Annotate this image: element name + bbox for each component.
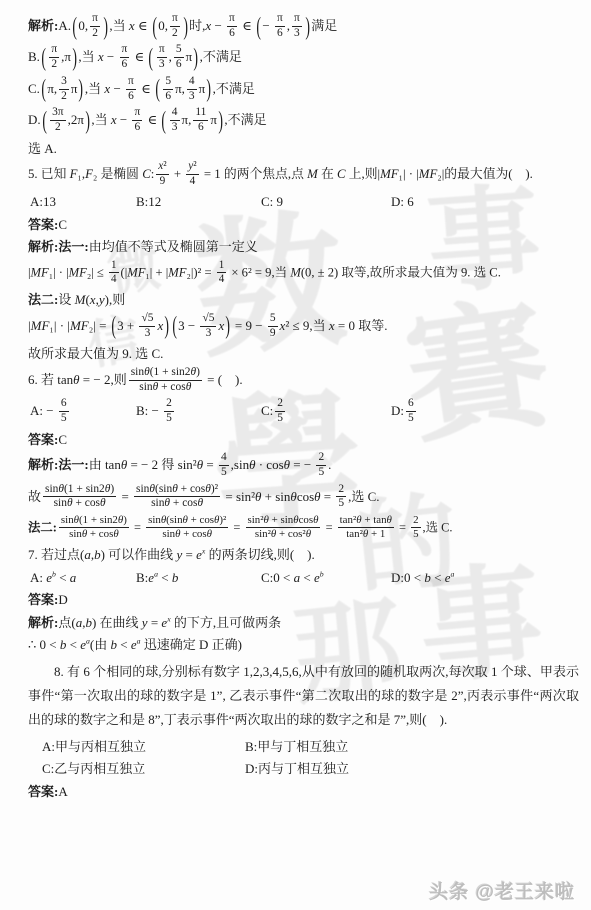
fraction: 65 [406, 397, 416, 425]
text-run: C [58, 432, 67, 447]
fraction-denominator: 6 [227, 27, 237, 41]
bold-label: 法一: [58, 239, 88, 254]
right-parenthesis: ) [102, 8, 108, 46]
right-parenthesis: ) [182, 8, 188, 46]
left-parenthesis: ( [41, 102, 47, 140]
text-run: = [118, 489, 132, 504]
fraction-numerator: 6 [59, 397, 69, 412]
text-run: |MF₁| · |MF₂| = [28, 318, 110, 333]
text-run: B. [28, 50, 40, 65]
analysis-q4-option-c: C.(π,32π),当 x − π6 ∈ (56π,43π),不满足 [28, 76, 579, 104]
bold-label: 解析: [28, 457, 58, 472]
options-q7-item-0: A: eb < a [30, 568, 136, 588]
fraction: π6 [132, 106, 142, 134]
document-page: 微信数學事賽的那事 解析:A.(0,π2),当 x ∈ (0,π2)时,x − … [0, 0, 591, 910]
fraction-numerator: π [157, 43, 167, 58]
bold-label: 法二: [28, 292, 58, 307]
question-5: 5. 已知 F₁,F₂ 是椭圆 C:x²9 + y²4 = 1 的两个焦点,点 … [28, 161, 579, 189]
options-q7-item-3: D:0 < b < ea [391, 568, 579, 588]
text-run: 6. 若 tanθ = − 2,则 [28, 372, 127, 387]
text-run: C: 9 [261, 194, 283, 209]
fraction-denominator: 6 [132, 121, 142, 135]
fraction: 25 [336, 483, 346, 511]
fraction: 25 [275, 397, 285, 425]
fraction-denominator: 5 [219, 466, 229, 480]
fraction: sinθ(1 + sin2θ)sinθ + cosθ [129, 366, 202, 394]
text-run: 满足 [311, 18, 337, 33]
question-6: 6. 若 tanθ = − 2,则sinθ(1 + sin2θ)sinθ + c… [28, 367, 579, 395]
text-run: , [287, 18, 290, 33]
analysis-q7-line1: 解析:点(a,b) 在曲线 y = ex 的下方,且可做两条 [28, 613, 579, 633]
power-expression: ex [161, 615, 170, 630]
fraction-numerator: y² [186, 160, 198, 175]
fraction-numerator: π [275, 12, 285, 27]
fraction-numerator: π [126, 75, 136, 90]
options-q7-item-2: C:0 < a < eb [261, 568, 391, 588]
fraction-denominator: 5 [406, 412, 416, 426]
text-run: |MF₁| · |MF₂| ≤ [28, 265, 107, 279]
text-run: A: [30, 570, 46, 585]
fraction: π2 [49, 43, 59, 71]
fraction-numerator: x² [156, 160, 168, 175]
options-q5-item-1: B:12 [136, 192, 261, 212]
fraction-numerator: 2 [336, 483, 346, 498]
answer-q4: 选 A. [28, 139, 579, 159]
fraction-denominator: 3 [187, 90, 197, 104]
fraction-numerator: π [227, 12, 237, 27]
options-q8-row1-item-0: A:甲与丙相互独立 [42, 737, 245, 757]
fraction-denominator: 6 [163, 90, 173, 104]
fraction-denominator: 2 [53, 121, 63, 135]
text-run: . [328, 457, 331, 472]
fraction: π6 [126, 75, 136, 103]
fraction-numerator: π [132, 106, 142, 121]
text-run: 点(a,b) 在曲线 y = [58, 615, 161, 630]
text-run: + [171, 167, 185, 181]
power-expression: eb [46, 570, 56, 585]
fraction-numerator: 4 [219, 451, 229, 466]
text-run: π, [175, 81, 185, 96]
right-parenthesis: ) [304, 8, 310, 46]
power-expression: ea [80, 637, 90, 652]
text-run: 的两条切线,则( ). [205, 547, 314, 562]
fraction-denominator: sinθ + cosθ [149, 497, 205, 511]
analysis-q6-method1: 故sinθ(1 + sin2θ)sinθ + cosθ = sinθ(sinθ … [28, 484, 579, 512]
left-parenthesis: ( [256, 8, 262, 46]
text-run: ,不满足 [224, 113, 266, 128]
fraction: 14 [217, 259, 227, 287]
fraction-numerator: sinθ(sinθ + cosθ)² [146, 514, 228, 528]
fraction-numerator: 4 [187, 75, 197, 90]
text-run: C. [28, 81, 40, 96]
text-run: × 6² = 9,当 M(0, ± 2) 取等,故所求最大值为 9. 选 C. [228, 265, 501, 279]
options-q6-item-0: A: − 65 [30, 398, 136, 426]
fraction: π3 [157, 43, 167, 71]
fraction-numerator: π [120, 43, 130, 58]
right-parenthesis: ) [217, 102, 223, 140]
fraction-denominator: 9 [268, 327, 278, 341]
text-run: 由 tanθ = − 2 得 sin²θ = [89, 457, 217, 472]
fraction-denominator: 5 [316, 466, 326, 480]
text-run: A. [58, 18, 71, 33]
text-run: A [58, 784, 67, 799]
fraction-denominator: sinθ + cosθ [160, 528, 214, 541]
exponent: a [450, 569, 454, 578]
analysis-q5-conclusion: 故所求最大值为 9. 选 C. [28, 344, 579, 364]
bold-label: 答案: [28, 592, 58, 607]
fraction: 45 [219, 451, 229, 479]
fraction: 56 [163, 75, 173, 103]
text-run: B: − [136, 403, 162, 418]
text-run: 0, [78, 18, 88, 33]
analysis-q4-option-d: D.(3π2,2π),当 x − π6 ∈ (43π,116π),不满足 [28, 107, 579, 135]
fraction-numerator: 5 [174, 43, 184, 58]
fraction-denominator: 9 [158, 175, 168, 189]
analysis-q4-option-a: 解析:A.(0,π2),当 x ∈ (0,π2)时,x − π6 ∈ (− π6… [28, 13, 579, 41]
text-run: x [157, 318, 163, 333]
left-parenthesis: ( [110, 308, 116, 346]
options-q5-item-0: A:13 [30, 192, 136, 212]
fraction-numerator: π [90, 12, 100, 27]
power-expression: ea [445, 570, 455, 585]
fraction-denominator: 4 [109, 273, 119, 286]
fraction-denominator: sinθ + cosθ [67, 528, 121, 541]
text-run: ∈ [138, 81, 154, 96]
text-run: π [210, 113, 217, 128]
fraction-denominator: tan²θ + 1 [344, 528, 387, 541]
text-run: 故 [28, 489, 41, 504]
fraction: π6 [275, 12, 285, 40]
fraction-denominator: sin²θ + cos²θ [253, 528, 313, 541]
text-run: , [169, 50, 172, 65]
fraction-denominator: 6 [126, 90, 136, 104]
text-run: ,选 C. [348, 489, 379, 504]
text-run: 迅速确定 D 正确) [141, 637, 242, 652]
text-run: ,不满足 [213, 81, 255, 96]
fraction-numerator: sinθ(1 + sin2θ) [129, 366, 202, 381]
fraction-numerator: 1 [109, 259, 119, 273]
fraction-numerator: √5 [200, 312, 216, 327]
text-run: B: [136, 570, 148, 585]
bold-label: 解析: [28, 18, 58, 33]
answer-q5: 答案:C [28, 215, 579, 235]
fraction-numerator: 3 [59, 75, 69, 90]
analysis-q7-line2: ∴ 0 < b < ea(由 b < ea 迅速确定 D 正确) [28, 635, 579, 655]
text-run: B:12 [136, 194, 161, 209]
text-run: 选 A. [28, 141, 57, 156]
fraction: π2 [90, 12, 100, 40]
text-run: π, [182, 113, 192, 128]
text-run: C:0 < a < [261, 570, 314, 585]
fraction: sinθ(sinθ + cosθ)²sinθ + cosθ [134, 483, 220, 511]
text-run: 设 M(x,y),则 [58, 292, 125, 307]
text-run: (由 b < [90, 637, 131, 652]
fraction-numerator: 3π [50, 106, 66, 121]
fraction-numerator: √5 [139, 312, 155, 327]
options-q6-item-2: C:25 [261, 398, 391, 426]
text-run: A:甲与丙相互独立 [42, 739, 146, 754]
fraction: 43 [170, 106, 180, 134]
fraction-numerator: 11 [193, 106, 208, 121]
analysis-q6-method1-intro: 解析:法一:由 tanθ = − 2 得 sin²θ = 45,sinθ · c… [28, 452, 579, 480]
fraction-denominator: sinθ + cosθ [52, 497, 108, 511]
text-run: ,当 x − [78, 50, 117, 65]
text-run: ,π [61, 50, 71, 65]
text-run: π [199, 81, 206, 96]
right-parenthesis: ) [84, 102, 90, 140]
bold-label: 解析: [28, 239, 58, 254]
fraction: 65 [59, 397, 69, 425]
fraction: 59 [268, 312, 278, 340]
fraction-denominator: 3 [170, 121, 180, 135]
question-8: 8. 有 6 个相同的球,分别标有数字 1,2,3,4,5,6,从中有放回的随机… [28, 660, 579, 732]
footer-credit: 头条 @老王来啦 [429, 877, 575, 904]
analysis-q4-option-b: B.(π2,π),当 x − π6 ∈ (π3,56π),不满足 [28, 44, 579, 72]
fraction-denominator: 6 [196, 121, 206, 135]
fraction: π2 [170, 12, 180, 40]
fraction: sinθ(1 + sin2θ)sinθ + cosθ [59, 514, 129, 541]
fraction-numerator: 5 [268, 312, 278, 327]
right-parenthesis: ) [225, 308, 231, 346]
fraction-denominator: 5 [59, 412, 69, 426]
fraction: π3 [292, 12, 302, 40]
fraction: √53 [200, 312, 216, 340]
text-run: D:0 < b < [391, 570, 445, 585]
analysis-q5-method1: |MF₁| · |MF₂| ≤ 14(|MF₁| + |MF₂|)² = 14 … [28, 260, 579, 288]
fraction: 43 [187, 75, 197, 103]
text-run: = 9 − [232, 318, 266, 333]
bold-label: 答案: [28, 784, 58, 799]
text-run: − [262, 18, 273, 33]
text-run: 3 + [117, 318, 137, 333]
right-parenthesis: ) [164, 308, 170, 346]
fraction-numerator: tan²θ + tanθ [338, 514, 394, 528]
fraction-numerator: sinθ(sinθ + cosθ)² [134, 483, 220, 498]
fraction-denominator: 3 [143, 327, 153, 341]
text-run: B:甲与丁相互独立 [245, 739, 348, 754]
text-run: ,不满足 [200, 50, 242, 65]
text-run: C [58, 217, 67, 232]
text-run: 由均值不等式及椭圆第一定义 [89, 239, 258, 254]
text-run: x² ≤ 9,当 x = 0 取等. [280, 318, 388, 333]
text-run: ,sinθ · cosθ = − [231, 457, 315, 472]
text-run: = [396, 521, 409, 535]
text-run: x [218, 318, 224, 333]
fraction-numerator: sinθ(1 + sin2θ) [43, 483, 116, 498]
fraction-denominator: 5 [336, 497, 346, 511]
options-q7: A: eb < aB:ea < bC:0 < a < ebD:0 < b < e… [28, 568, 579, 588]
options-q8-row2-item-1: D:丙与丁相互独立 [245, 759, 579, 779]
fraction-denominator: 5 [164, 412, 174, 426]
text-run: = ( ). [204, 372, 243, 387]
left-parenthesis: ( [148, 39, 154, 77]
options-q8-row2: C:乙与丙相互独立D:丙与丁相互独立 [28, 759, 579, 779]
left-parenthesis: ( [161, 102, 167, 140]
fraction: 3π2 [50, 106, 66, 134]
question-7: 7. 若过点(a,b) 可以作曲线 y = ex 的两条切线,则( ). [28, 545, 579, 565]
text-run: ∈ [239, 18, 255, 33]
text-run: < a [56, 570, 76, 585]
options-q5-item-3: D: 6 [391, 192, 579, 212]
fraction-numerator: 2 [164, 397, 174, 412]
text-run: C:乙与丙相互独立 [42, 761, 145, 776]
fraction: tan²θ + tanθtan²θ + 1 [338, 514, 394, 541]
right-parenthesis: ) [206, 71, 212, 109]
analysis-q5-method1-intro: 解析:法一:由均值不等式及椭圆第一定义 [28, 237, 579, 257]
fraction: sin²θ + sinθcosθsin²θ + cos²θ [246, 514, 321, 541]
fraction-denominator: 5 [411, 528, 420, 541]
fraction-denominator: 2 [59, 90, 69, 104]
text-run: A:13 [30, 194, 56, 209]
text-run: ∈ [144, 113, 160, 128]
fraction-denominator: 4 [217, 273, 227, 286]
fraction-denominator: sinθ + cosθ [137, 381, 193, 395]
text-run: ,当 x − [85, 81, 124, 96]
bold-label: 解析: [28, 615, 58, 630]
fraction: x²9 [156, 160, 168, 188]
options-q8-row2-item-0: C:乙与丙相互独立 [42, 759, 245, 779]
fraction-numerator: 2 [275, 397, 285, 412]
fraction: 14 [109, 259, 119, 287]
options-q8-row1: A:甲与丙相互独立B:甲与丁相互独立 [28, 737, 579, 757]
text-run: D:丙与丁相互独立 [245, 761, 349, 776]
text-run: = sin²θ + sinθcosθ = [222, 489, 334, 504]
text-run: A: − [30, 403, 57, 418]
fraction-denominator: 2 [170, 27, 180, 41]
text-run: 7. 若过点(a,b) 可以作曲线 y = [28, 547, 196, 562]
options-q5: A:13B:12C: 9D: 6 [28, 192, 579, 212]
options-q6-item-1: B: − 25 [136, 398, 261, 426]
options-q8-row1-item-1: B:甲与丁相互独立 [245, 737, 579, 757]
fraction: π6 [120, 43, 130, 71]
right-parenthesis: ) [78, 71, 84, 109]
text-run: 3 − [178, 318, 198, 333]
text-run: ,选 C. [423, 521, 453, 535]
options-q7-item-1: B:ea < b [136, 568, 261, 588]
fraction: 25 [164, 397, 174, 425]
text-run: π [71, 81, 78, 96]
text-run: ∈ [131, 50, 147, 65]
answer-q8: 答案:A [28, 782, 579, 802]
fraction-numerator: π [292, 12, 302, 27]
text-run: = [322, 521, 335, 535]
fraction-denominator: 3 [292, 27, 302, 41]
fraction-denominator: 2 [90, 27, 100, 41]
text-run: 时,x − [189, 18, 225, 33]
exponent: b [320, 569, 324, 578]
fraction: sinθ(1 + sin2θ)sinθ + cosθ [43, 483, 116, 511]
text-run: C: [261, 403, 273, 418]
solution-content: 解析:A.(0,π2),当 x ∈ (0,π2)时,x − π6 ∈ (− π6… [0, 0, 591, 810]
fraction: √53 [139, 312, 155, 340]
fraction-denominator: 6 [174, 58, 184, 72]
analysis-q5-method2: |MF₁| · |MF₂| = (3 + √53x)(3 − √53x) = 9… [28, 313, 579, 341]
text-run: < b [158, 570, 178, 585]
text-run: π, [47, 81, 57, 96]
power-expression: eb [314, 570, 324, 585]
options-q5-item-2: C: 9 [261, 192, 391, 212]
fraction-denominator: 6 [120, 58, 130, 72]
text-run: 0, [158, 18, 168, 33]
text-run: D. [28, 113, 41, 128]
text-run: = [131, 521, 144, 535]
fraction-denominator: 3 [204, 327, 214, 341]
fraction-numerator: 6 [406, 397, 416, 412]
fraction-numerator: sinθ(1 + sin2θ) [59, 514, 129, 528]
fraction-numerator: 2 [411, 514, 420, 528]
power-expression: ex [196, 547, 205, 562]
text-run: 故所求最大值为 9. 选 C. [28, 346, 163, 361]
text-run: = [230, 521, 243, 535]
bold-label: 答案: [28, 217, 58, 232]
bold-label: 法一: [58, 457, 88, 472]
options-q6-item-3: D:65 [391, 398, 579, 426]
fraction-numerator: 1 [217, 259, 227, 273]
text-run: ,当 x ∈ [109, 18, 150, 33]
text-run: D: [391, 403, 404, 418]
fraction: π6 [227, 12, 237, 40]
right-parenthesis: ) [193, 39, 199, 77]
fraction: y²4 [186, 160, 198, 188]
fraction-denominator: 2 [49, 58, 59, 72]
power-expression: ea [131, 637, 141, 652]
power-expression: ea [148, 570, 158, 585]
fraction-denominator: 4 [188, 175, 198, 189]
fraction-numerator: π [49, 43, 59, 58]
fraction-numerator: 5 [163, 75, 173, 90]
text-run: ∴ 0 < b < [28, 637, 80, 652]
text-run: D: 6 [391, 194, 414, 209]
answer-q7: 答案:D [28, 590, 579, 610]
fraction: sinθ(sinθ + cosθ)²sinθ + cosθ [146, 514, 228, 541]
fraction: 116 [193, 106, 208, 134]
text-run: (|MF₁| + |MF₂|)² = [121, 265, 215, 279]
fraction: 25 [316, 451, 326, 479]
analysis-q6-method2: 法二:sinθ(1 + sin2θ)sinθ + cosθ = sinθ(sin… [28, 515, 579, 542]
text-run: 5. 已知 F₁,F₂ 是椭圆 C: [28, 167, 154, 181]
fraction-numerator: π [170, 12, 180, 27]
text-run: 8. 有 6 个相同的球,分别标有数字 1,2,3,4,5,6,从中有放回的随机… [28, 664, 579, 727]
bold-label: 法二: [28, 521, 57, 535]
fraction: 25 [411, 514, 420, 541]
fraction: 56 [174, 43, 184, 71]
text-run: D [58, 592, 67, 607]
text-run: = 1 的两个焦点,点 M 在 C 上,则|MF₁| · |MF₂|的最大值为(… [201, 167, 533, 181]
text-run: ,当 x − [91, 113, 130, 128]
fraction-numerator: 2 [316, 451, 326, 466]
fraction-denominator: 6 [275, 27, 285, 41]
fraction-numerator: 4 [170, 106, 180, 121]
fraction-denominator: 5 [275, 412, 285, 426]
text-run: π [186, 50, 193, 65]
fraction: 32 [59, 75, 69, 103]
options-q6: A: − 65B: − 25C:25D:65 [28, 398, 579, 426]
bold-label: 答案: [28, 432, 58, 447]
text-run: 的下方,且可做两条 [171, 615, 282, 630]
fraction-numerator: sin²θ + sinθcosθ [246, 514, 321, 528]
text-run: ,2π [68, 113, 84, 128]
answer-q6: 答案:C [28, 430, 579, 450]
left-parenthesis: ( [171, 308, 177, 346]
